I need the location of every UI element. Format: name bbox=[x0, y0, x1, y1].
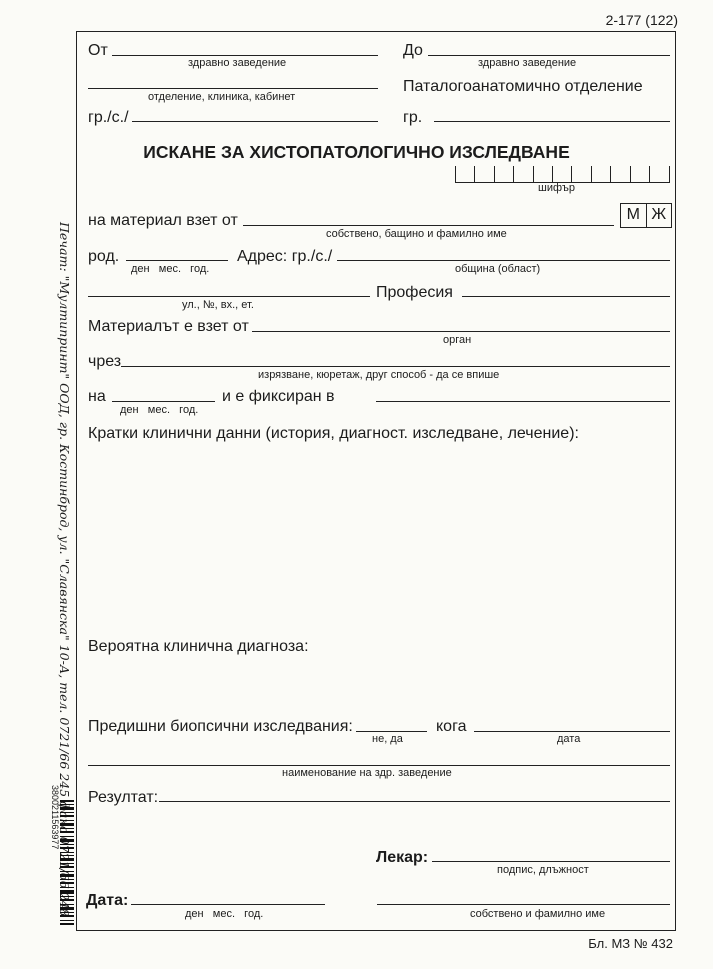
result-field[interactable] bbox=[159, 801, 670, 802]
date-label: Дата: bbox=[86, 892, 128, 910]
cipher-tick bbox=[669, 166, 670, 182]
from-institution-field[interactable] bbox=[112, 55, 378, 56]
doctor-signature-field[interactable] bbox=[432, 861, 670, 862]
method-field[interactable] bbox=[121, 366, 670, 367]
to-department: Паталогоанатомично отделение bbox=[403, 78, 643, 96]
from-city-label: гр./с./ bbox=[88, 109, 129, 127]
to-label: До bbox=[403, 42, 423, 60]
via-label: чрез bbox=[88, 353, 121, 371]
municipality-hint: община (област) bbox=[455, 263, 540, 275]
cipher-tick bbox=[533, 166, 534, 182]
profession-label: Професия bbox=[376, 284, 453, 302]
date-hint: ден мес. год. bbox=[185, 908, 263, 920]
to-institution-hint: здравно заведение bbox=[478, 57, 576, 69]
diagnosis-area[interactable] bbox=[88, 660, 668, 710]
footer-code: Бл. МЗ № 432 bbox=[588, 936, 673, 951]
cipher-tick bbox=[455, 166, 456, 182]
cipher-tick bbox=[513, 166, 514, 182]
patient-name-field[interactable] bbox=[243, 225, 614, 226]
patient-name-hint: собствено, бащино и фамилно име bbox=[326, 228, 507, 240]
from-institution-hint: здравно заведение bbox=[188, 57, 286, 69]
cipher-tick bbox=[494, 166, 495, 182]
to-institution-field[interactable] bbox=[428, 55, 670, 56]
result-label: Резултат: bbox=[88, 789, 158, 807]
to-city-label: гр. bbox=[403, 109, 422, 127]
barcode-digits: 3800211563977 bbox=[50, 785, 60, 849]
material-date-field[interactable] bbox=[112, 401, 215, 402]
address-label: Адрес: гр./с./ bbox=[237, 248, 332, 266]
previous-biopsy-field[interactable] bbox=[356, 731, 427, 732]
doctor-name-field[interactable] bbox=[377, 904, 670, 905]
organ-field[interactable] bbox=[252, 331, 670, 332]
birth-date-field[interactable] bbox=[126, 260, 228, 261]
material-from-label: на материал взет от bbox=[88, 212, 238, 230]
cipher-field[interactable] bbox=[455, 166, 670, 183]
cipher-tick bbox=[610, 166, 611, 182]
barcode bbox=[60, 800, 74, 925]
previous-date-field[interactable] bbox=[474, 731, 670, 732]
cipher-tick bbox=[591, 166, 592, 182]
cipher-tick bbox=[630, 166, 631, 182]
cipher-hint: шифър bbox=[538, 182, 575, 194]
sex-option-female[interactable]: Ж bbox=[646, 204, 672, 227]
organ-hint: орган bbox=[443, 334, 471, 346]
previous-biopsy-label: Предишни биопсични изследвания: bbox=[88, 718, 353, 736]
yes-no-hint: не, да bbox=[372, 733, 403, 745]
fixed-label: и е фиксиран в bbox=[222, 388, 335, 406]
material-date-hint: ден мес. год. bbox=[120, 404, 198, 416]
from-department-field[interactable] bbox=[88, 88, 378, 89]
to-city-field[interactable] bbox=[434, 121, 670, 122]
doctor-name-hint: собствено и фамилно име bbox=[470, 908, 605, 920]
street-hint: ул., №, вх., ет. bbox=[182, 299, 254, 311]
cipher-tick bbox=[552, 166, 553, 182]
when-label: кога bbox=[436, 718, 466, 736]
profession-field[interactable] bbox=[462, 296, 670, 297]
street-field[interactable] bbox=[88, 296, 370, 297]
cipher-tick bbox=[474, 166, 475, 182]
sex-option-male[interactable]: М bbox=[621, 204, 646, 227]
fixative-field[interactable] bbox=[376, 401, 670, 402]
birth-date-hint: ден мес. год. bbox=[131, 263, 209, 275]
method-hint: изрязване, кюретаж, друг способ - да се … bbox=[258, 369, 499, 381]
previous-institution-field[interactable] bbox=[88, 765, 670, 766]
cipher-tick bbox=[649, 166, 650, 182]
sex-selector: М Ж bbox=[620, 203, 672, 228]
address-city-field[interactable] bbox=[337, 260, 670, 261]
doctor-label: Лекар: bbox=[376, 849, 428, 867]
from-city-field[interactable] bbox=[132, 121, 378, 122]
date-field[interactable] bbox=[131, 904, 325, 905]
on-label: на bbox=[88, 388, 106, 406]
material-taken-label: Материалът е взет от bbox=[88, 318, 249, 336]
cipher-tick bbox=[571, 166, 572, 182]
form-code: 2-177 (122) bbox=[606, 12, 678, 28]
diagnosis-label: Вероятна клинична диагноза: bbox=[88, 638, 309, 656]
previous-institution-hint: наименование на здр. заведение bbox=[282, 767, 452, 779]
clinical-data-area[interactable] bbox=[88, 448, 668, 628]
previous-date-hint: дата bbox=[557, 733, 580, 745]
clinical-data-label: Кратки клинични данни (история, диагност… bbox=[88, 425, 579, 443]
from-department-hint: отделение, клиника, кабинет bbox=[148, 91, 295, 103]
from-label: От bbox=[88, 42, 108, 60]
born-label: род. bbox=[88, 248, 119, 266]
doctor-signature-hint: подпис, длъжност bbox=[497, 864, 589, 876]
form-title: ИСКАНЕ ЗА ХИСТОПАТОЛОГИЧНО ИЗСЛЕДВАНЕ bbox=[0, 142, 713, 163]
